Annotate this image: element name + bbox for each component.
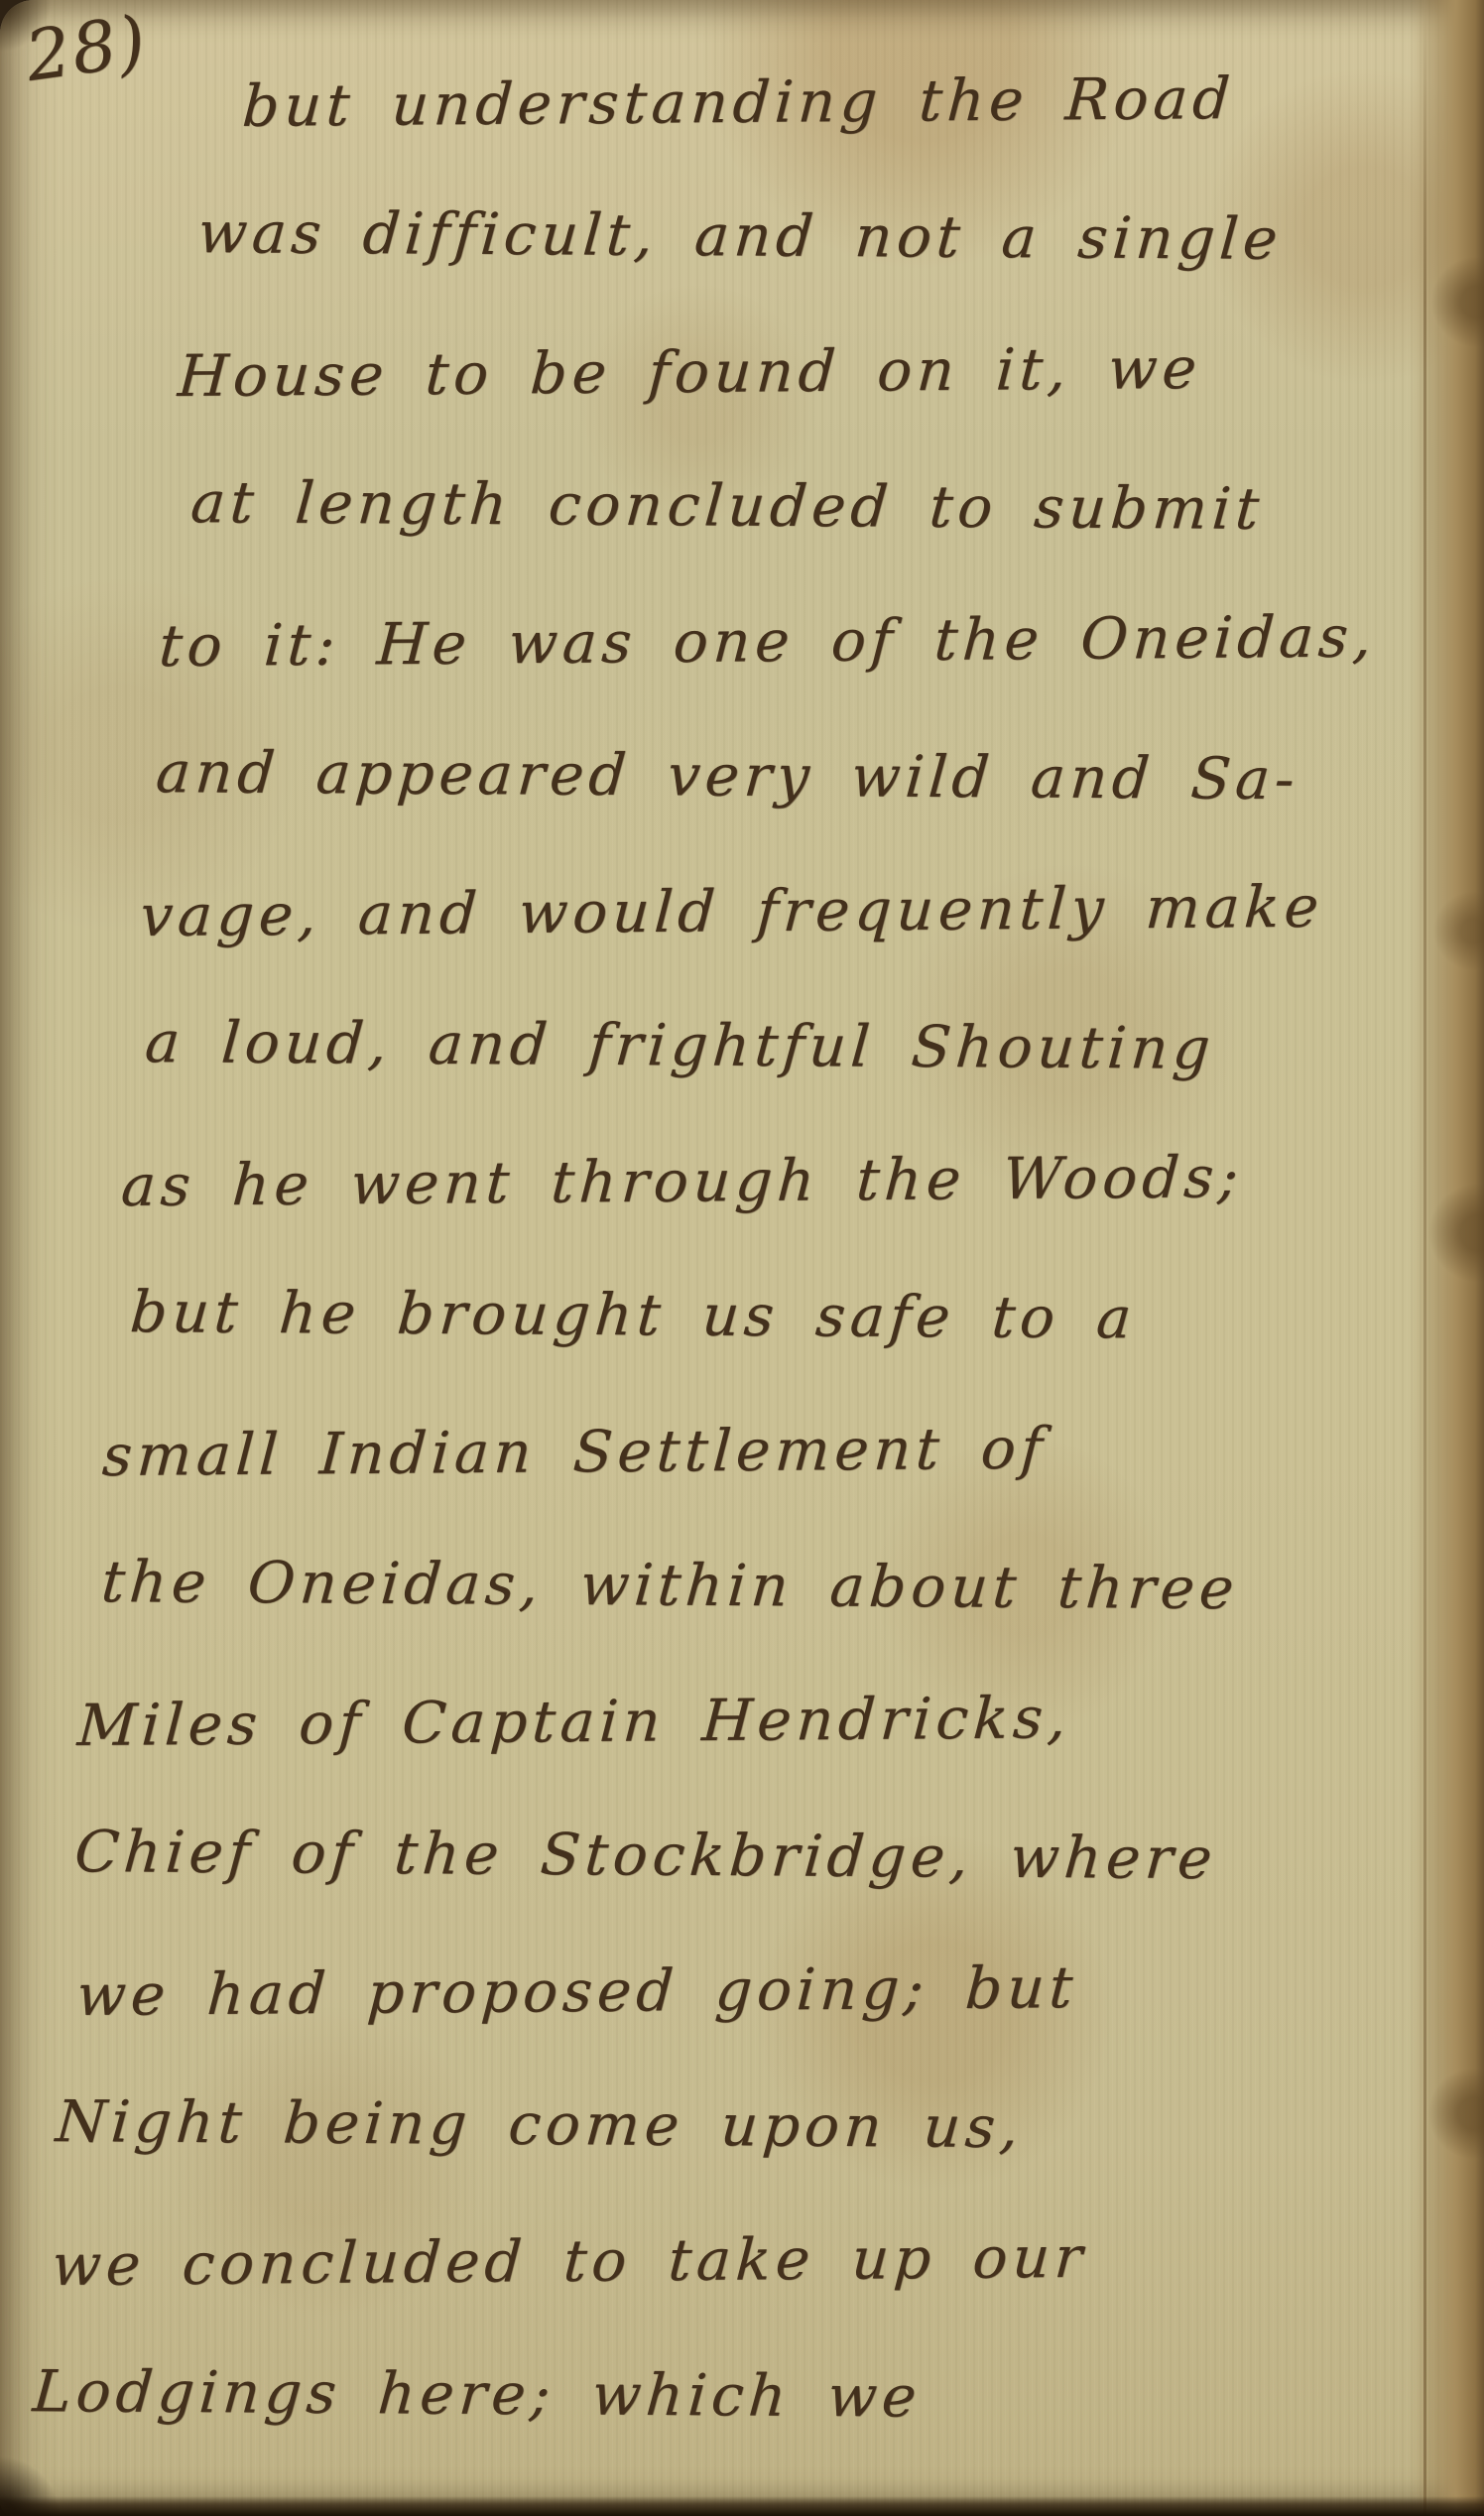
manuscript-line: vage, and would frequently make (136, 838, 1415, 983)
manuscript-line: to it: He was one of the Oneidas, (155, 568, 1433, 713)
manuscript-text: but understanding the Road was difficult… (32, 34, 1471, 2462)
manuscript-line: Miles of Captain Hendricks, (73, 1648, 1358, 1793)
page-edge-crease (1423, 0, 1426, 2516)
manuscript-line: but understanding the Road (238, 29, 1471, 174)
manuscript-line: was difficult, and not a single (192, 165, 1462, 308)
manuscript-line: the Oneidas, within about three (96, 1514, 1368, 1657)
manuscript-line: as he went through the Woods; (117, 1108, 1396, 1253)
book-edge (0, 2496, 1484, 2516)
manuscript-line: Lodgings here; which we (28, 2324, 1311, 2466)
manuscript-line: a loud, and frightful Shouting (140, 974, 1406, 1117)
page-corner-bottom-left (0, 2456, 89, 2516)
manuscript-line: but he brought us safe to a (125, 1244, 1387, 1387)
manuscript-line: at length concluded to submit (185, 435, 1443, 577)
manuscript-line: Chief of the Stockbridge, where (69, 1784, 1349, 1927)
manuscript-line: Night being come upon us, (51, 2054, 1330, 2197)
manuscript-line: we had proposed going; but (72, 1918, 1339, 2063)
manuscript-page: 28) but understanding the Road was diffi… (0, 0, 1484, 2516)
manuscript-line: small Indian Settlement of (98, 1378, 1377, 1523)
manuscript-line: we concluded to take up our (48, 2188, 1320, 2332)
manuscript-line: and appeared very wild and Sa- (151, 704, 1424, 847)
page-edge (1411, 0, 1484, 2516)
page-corner-top-left (0, 0, 89, 89)
manuscript-line: House to be found on it, we (174, 299, 1452, 443)
